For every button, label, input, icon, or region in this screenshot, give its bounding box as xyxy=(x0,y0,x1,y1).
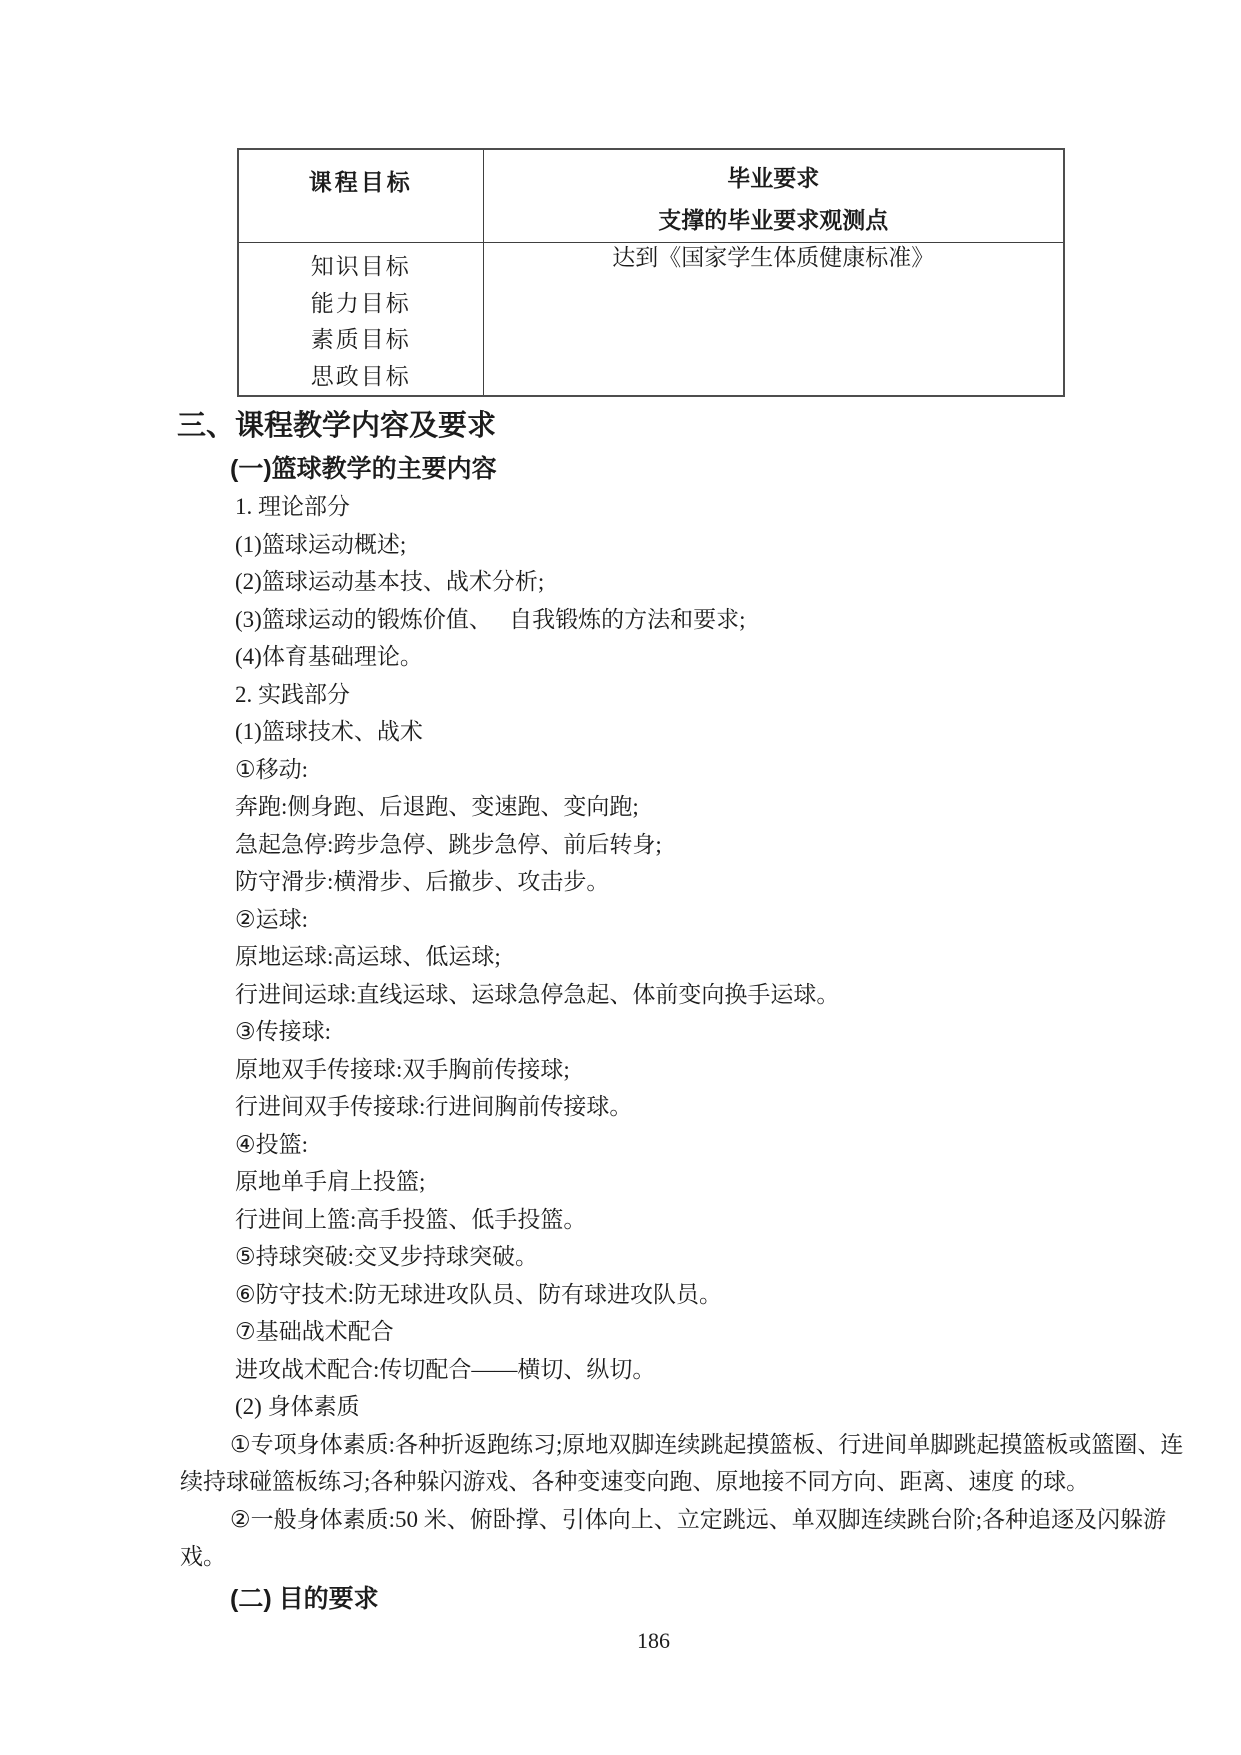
body-line: (1)篮球运动概述; xyxy=(180,526,1188,564)
requirement-cell: 达到《国家学生体质健康标准》 xyxy=(483,243,1064,397)
goal-item-knowledge: 知识目标 xyxy=(239,249,483,286)
body-line: ⑥防守技术:防无球进攻队员、防有球进攻队员。 xyxy=(180,1276,1188,1314)
body-line: ③传接球: xyxy=(180,1013,1188,1051)
body-paragraph: ①专项身体素质:各种折返跑练习;原地双脚连续跳起摸篮板、行进间单脚跳起摸篮板或篮… xyxy=(180,1426,1188,1501)
table-body-row: 知识目标 能力目标 素质目标 思政目标 达到《国家学生体质健康标准》 xyxy=(238,243,1064,397)
goal-item-ideology: 思政目标 xyxy=(239,359,483,396)
body-line: 行进间运球:直线运球、运球急停急起、体前变向换手运球。 xyxy=(180,976,1188,1014)
body-line: ①移动: xyxy=(180,751,1188,789)
body-line: 急起急停:跨步急停、跳步急停、前后转身; xyxy=(180,826,1188,864)
body-line: (2)篮球运动基本技、战术分析; xyxy=(180,563,1188,601)
body-line: 进攻战术配合:传切配合——横切、纵切。 xyxy=(180,1351,1188,1389)
document-page: 课程目标 毕业要求 支撑的毕业要求观测点 知识目标 能力目标 素质目标 思政目标… xyxy=(0,0,1241,1755)
table-header-row: 课程目标 毕业要求 支撑的毕业要求观测点 xyxy=(238,149,1064,243)
goal-item-quality: 素质目标 xyxy=(239,322,483,359)
header-cell-graduation-requirement: 毕业要求 支撑的毕业要求观测点 xyxy=(483,149,1064,243)
body-line: 2. 实践部分 xyxy=(180,676,1188,714)
body-line: 原地单手肩上投篮; xyxy=(180,1163,1188,1201)
body-line: 1. 理论部分 xyxy=(180,488,1188,526)
body-line: 原地运球:高运球、低运球; xyxy=(180,938,1188,976)
body-line: (4)体育基础理论。 xyxy=(180,638,1188,676)
graduation-requirement-label: 毕业要求 xyxy=(484,158,1064,200)
body-line: (3)篮球运动的锻炼价值、 自我锻炼的方法和要求; xyxy=(180,601,1188,639)
body-paragraph: ②一般身体素质:50 米、俯卧撑、引体向上、立定跳远、单双脚连续跳台阶;各种追逐… xyxy=(180,1501,1188,1576)
body-line: 防守滑步:横滑步、后撤步、攻击步。 xyxy=(180,863,1188,901)
body-line: 奔跑:侧身跑、后退跑、变速跑、变向跑; xyxy=(180,788,1188,826)
subsection-heading-1: (一)篮球教学的主要内容 xyxy=(230,450,1188,488)
body-line: ⑤持球突破:交叉步持球突破。 xyxy=(180,1238,1188,1276)
body-line: (2) 身体素质 xyxy=(180,1388,1188,1426)
subsection-heading-2: (二) 目的要求 xyxy=(230,1580,1188,1618)
goal-list-cell: 知识目标 能力目标 素质目标 思政目标 xyxy=(238,243,483,397)
body-line: ②运球: xyxy=(180,901,1188,939)
page-number: 186 xyxy=(0,1628,1241,1654)
requirement-text: 达到《国家学生体质健康标准》 xyxy=(484,243,1064,273)
body-line: 原地双手传接球:双手胸前传接球; xyxy=(180,1051,1188,1089)
goal-item-ability: 能力目标 xyxy=(239,286,483,323)
supported-observation-point-label: 支撑的毕业要求观测点 xyxy=(484,200,1064,242)
body-line: 行进间上篮:高手投篮、低手投篮。 xyxy=(180,1201,1188,1239)
body-line: (1)篮球技术、战术 xyxy=(180,713,1188,751)
body-line: 行进间双手传接球:行进间胸前传接球。 xyxy=(180,1088,1188,1126)
body-line: ④投篮: xyxy=(180,1126,1188,1164)
section-heading-3: 三、课程教学内容及要求 xyxy=(177,406,1188,446)
header-cell-course-goal: 课程目标 xyxy=(238,149,483,243)
body-line: ⑦基础战术配合 xyxy=(180,1313,1188,1351)
course-goal-table: 课程目标 毕业要求 支撑的毕业要求观测点 知识目标 能力目标 素质目标 思政目标… xyxy=(237,148,1065,397)
